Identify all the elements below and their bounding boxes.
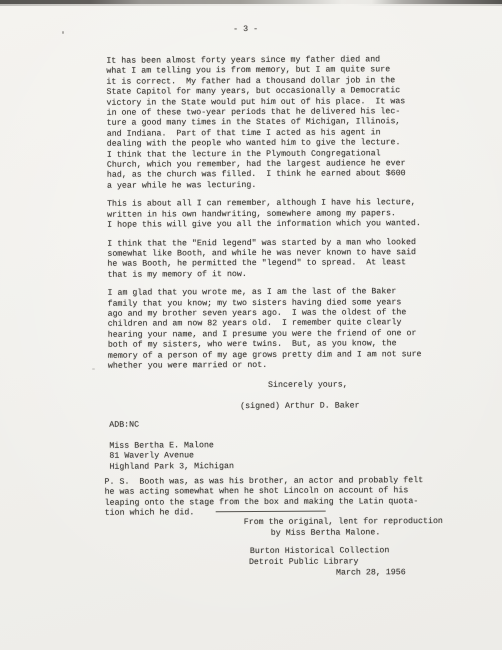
scanned-letter-page: - 3 - It has been almost forty years sin…	[0, 0, 502, 650]
provenance-note-line1: From the original, lent for reproduction	[244, 517, 443, 528]
paragraph-enid-legend: I think that the "Enid legend" was start…	[107, 238, 437, 281]
letter-content: - 3 - It has been almost forty years sin…	[0, 0, 502, 650]
library-name: Detroit Public Library	[249, 557, 359, 568]
signature: (signed) Arthur D. Baker	[240, 401, 360, 412]
collection-name: Burton Historical Collection	[250, 546, 389, 557]
letter-body: It has been almost forty years since my …	[106, 55, 438, 380]
paragraph-family: I am glad that you wrote me, as I am the…	[108, 287, 438, 372]
separator-rule	[216, 505, 326, 513]
page-number: - 3 -	[233, 25, 258, 36]
document-date: March 28, 1956	[336, 568, 406, 579]
paragraph-memories: It has been almost forty years since my …	[106, 55, 437, 192]
postscript: P. S. Booth was, as was his brother, an …	[104, 476, 444, 519]
recipient-city: Highland Park 3, Michigan	[109, 462, 234, 473]
recipient-address: Miss Bertha E. Malone 81 Waverly Avenue …	[109, 441, 234, 473]
valediction: Sincerely yours,	[268, 380, 348, 391]
provenance-note-line2: by Miss Bertha Malone.	[271, 528, 381, 539]
paragraph-summary: This is about all I can remember, althou…	[107, 198, 437, 231]
reference-initials: ADB:NC	[109, 421, 139, 432]
recipient-street: 81 Waverly Avenue	[109, 452, 234, 463]
